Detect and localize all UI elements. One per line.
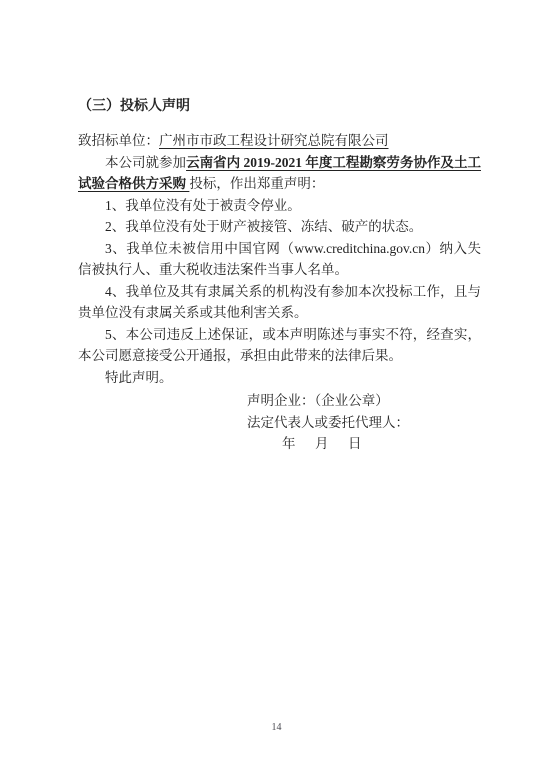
- signature-company-line: 声明企业：（企业公章）: [247, 390, 481, 412]
- intro-suffix: 投标，作出郑重声明：: [189, 176, 324, 191]
- closing-line: 特此声明。: [78, 367, 481, 389]
- addressee-line: 致招标单位：广州市市政工程设计研究总院有限公司: [78, 130, 481, 152]
- declaration-item-5: 5、本公司违反上述保证，或本声明陈述与事实不符，经查实，本公司愿意接受公开通报，…: [78, 324, 481, 367]
- declaration-item-3: 3、我单位未被信用中国官网（www.creditchina.gov.cn）纳入失…: [78, 238, 481, 281]
- signature-block: 声明企业：（企业公章） 法定代表人或委托代理人： 年 月 日: [247, 390, 481, 455]
- declaration-item-1: 1、我单位没有处于被责令停业。: [78, 195, 481, 217]
- declaration-item-4: 4、我单位及其有隶属关系的机构没有参加本次投标工作，且与贵单位没有隶属关系或其他…: [78, 281, 481, 324]
- addressee-name: 广州市市政工程设计研究总院有限公司: [159, 133, 389, 148]
- page-number: 14: [0, 722, 553, 733]
- addressee-label: 致招标单位：: [78, 133, 159, 148]
- section-title: （三）投标人声明: [78, 96, 481, 118]
- signature-representative-line: 法定代表人或委托代理人：: [247, 412, 481, 434]
- signature-date-line: 年 月 日: [282, 433, 481, 455]
- intro-prefix: 本公司就参加: [105, 155, 186, 170]
- declaration-item-2: 2、我单位没有处于财产被接管、冻结、破产的状态。: [78, 216, 481, 238]
- document-page: （三）投标人声明 致招标单位：广州市市政工程设计研究总院有限公司 本公司就参加云…: [0, 0, 553, 782]
- intro-paragraph: 本公司就参加云南省内 2019-2021 年度工程勘察劳务协作及土工试验合格供方…: [78, 152, 481, 195]
- declaration-content: （三）投标人声明 致招标单位：广州市市政工程设计研究总院有限公司 本公司就参加云…: [78, 96, 481, 455]
